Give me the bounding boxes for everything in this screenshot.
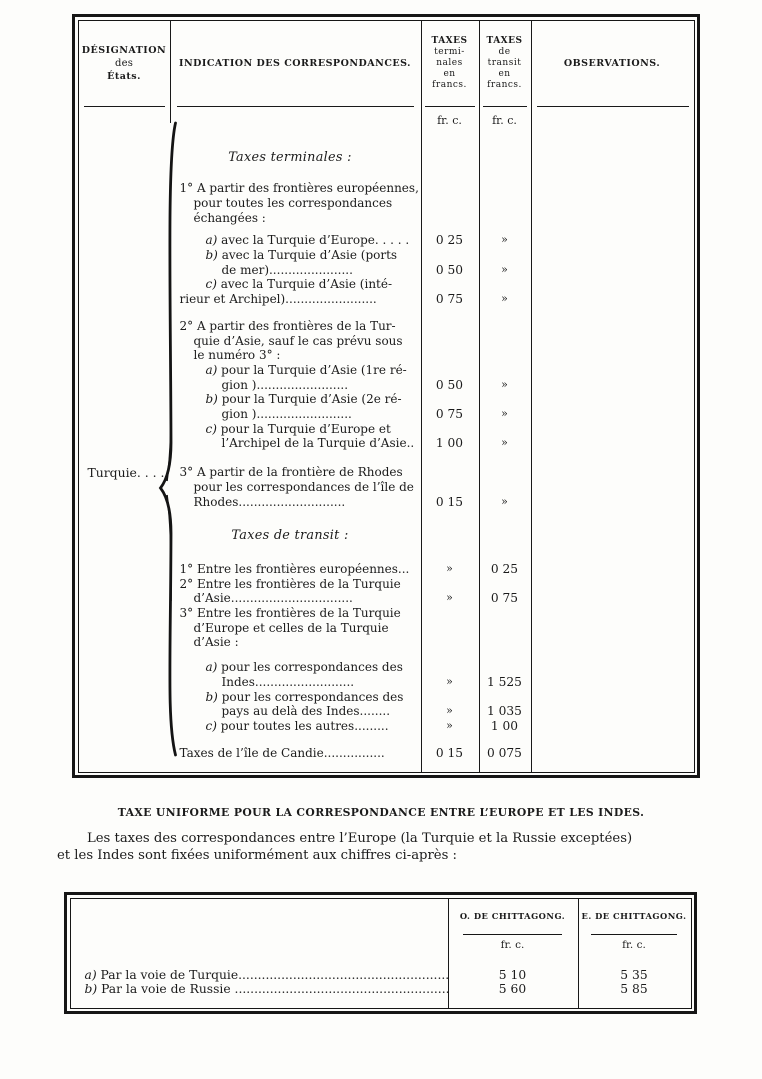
row-label-line: a) pour la Turquie d’Asie (1re ré- (180, 363, 421, 378)
header-line: nales (436, 58, 463, 69)
terminal-tax-value: » (421, 690, 479, 719)
lower-table-inner: a) Par la voie de Turquie...............… (70, 898, 692, 1009)
header-rule (463, 934, 562, 935)
row-label-line: Rhodes............................ (180, 495, 421, 510)
row-label-line: rieur et Archipel)......................… (180, 292, 421, 307)
column-header: O. DE CHITTAGONG. (460, 911, 565, 921)
tax-value: 5 60 (499, 982, 526, 996)
scanned-document-page: DÉSIGNATION des États. INDICATION DES CO… (0, 0, 762, 1079)
terminal-tax-value: » (421, 660, 479, 689)
transit-tax-value: 0 075 (479, 746, 531, 761)
east-of-chittagong-column: E. DE CHITTAGONG. fr. c. 5 35 5 85 (578, 899, 691, 1008)
transit-tax-value: 1 525 (479, 660, 531, 689)
table-row: a) pour la Turquie d’Asie (1re ré- gion … (79, 363, 694, 392)
header-line: francs. (487, 80, 522, 91)
row-label-line: de mer)...................... (180, 263, 421, 278)
row-label-line: échangées : (180, 211, 421, 226)
row-label-line: l’Archipel de la Turquie d’Asie.. (180, 436, 421, 451)
tax-value: 5 85 (620, 982, 647, 996)
tax-value: 5 10 (499, 968, 526, 982)
header-rule (177, 106, 414, 107)
terminal-tax-value: » (421, 577, 479, 606)
west-of-chittagong-column: O. DE CHITTAGONG. fr. c. 5 10 5 60 (448, 899, 578, 1008)
table-row: Taxes terminales : (79, 151, 694, 166)
row-label-line: d’Asie : (180, 635, 421, 650)
table-row: c) pour toutes les autres......... » 1 0… (79, 719, 694, 734)
table-row: 3° Entre les frontières de la Turquie d’… (79, 606, 694, 650)
row-label-line: pour les correspondances de l’île de (180, 480, 421, 495)
header-line: en (443, 69, 455, 80)
table-row: a) pour les correspondances des Indes...… (79, 660, 694, 689)
transit-tax-value: » (479, 233, 531, 248)
row-label-line: c) pour toutes les autres......... (180, 719, 421, 734)
row-label-line: a) pour les correspondances des (180, 660, 421, 675)
terminal-tax-value: 0 15 (421, 746, 479, 761)
transit-tax-value: » (479, 422, 531, 451)
header-taxes-transit: TAXES de transit en francs. (479, 21, 531, 106)
table-row: a) avec la Turquie d’Europe. . . . . 0 2… (79, 233, 694, 248)
row-label-line: a) avec la Turquie d’Europe. . . . . (180, 233, 421, 248)
header-rule (537, 106, 689, 107)
row-label-line: c) pour la Turquie d’Europe et (180, 422, 421, 437)
unit-label-transit: fr. c. (479, 114, 531, 127)
header-line: francs. (432, 80, 467, 91)
header-designation: DÉSIGNATION des États. (79, 21, 170, 106)
terminal-tax-value: 0 25 (421, 233, 479, 248)
tax-value: 5 35 (620, 968, 647, 982)
row-label-line: gion )......................... (180, 407, 421, 422)
transit-tax-value: » (479, 465, 531, 509)
header-line: termi- (434, 47, 465, 58)
row-label-line: c) avec la Turquie d’Asie (inté- (180, 277, 421, 292)
unit-label: fr. c. (622, 939, 646, 951)
transit-tax-value: 0 75 (479, 577, 531, 606)
table-row: 1° Entre les frontières européennes... »… (79, 562, 694, 577)
lower-table-grid: a) Par la voie de Turquie...............… (71, 899, 691, 1008)
transit-tax-value: 1 035 (479, 690, 531, 719)
transit-tax-value: 0 25 (479, 562, 531, 577)
section-heading: Taxes de transit : (180, 529, 421, 544)
row-label-line: 3° A partir de la frontière de Rhodes (180, 465, 421, 480)
table-row: Turquie. . . . 3° A partir de la frontiè… (79, 465, 694, 509)
row-label-line: 2° A partir des frontières de la Tur- (180, 319, 421, 334)
row-label-line: d’Europe et celles de la Turquie (180, 621, 421, 636)
table-row: Taxes de transit : (79, 529, 694, 544)
row-label-line: b) pour les correspondances des (180, 690, 421, 705)
terminal-tax-value: 0 75 (421, 392, 479, 421)
uniform-tax-table: a) Par la voie de Turquie...............… (64, 892, 697, 1014)
header-line: OBSERVATIONS. (564, 57, 660, 70)
header-line: DÉSIGNATION (82, 44, 166, 57)
header-line: TAXES (486, 36, 522, 47)
terminal-tax-value: 0 50 (421, 248, 479, 277)
table-row: b) pour les correspondances des pays au … (79, 690, 694, 719)
route-label-column: a) Par la voie de Turquie...............… (71, 899, 448, 1008)
transit-tax-value: » (479, 248, 531, 277)
table-row: b) Par la voie de Russie ...............… (85, 982, 448, 996)
header-line: INDICATION DES CORRESPONDANCES. (179, 57, 411, 70)
table-row: b) pour la Turquie d’Asie (2e ré- gion )… (79, 392, 694, 421)
row-label-line: gion )........................ (180, 378, 421, 393)
transit-tax-value: 1 00 (479, 719, 531, 734)
header-line: de (498, 47, 510, 58)
header-line: en (498, 69, 510, 80)
terminal-tax-value: 1 00 (421, 422, 479, 451)
header-line: des (115, 57, 133, 70)
row-label-line: b) avec la Turquie d’Asie (ports (180, 248, 421, 263)
row-label-line: 1° Entre les frontières européennes... (180, 562, 421, 577)
row-label-line: pays au delà des Indes........ (180, 704, 421, 719)
transit-tax-value: » (479, 363, 531, 392)
unit-label-terminal: fr. c. (421, 114, 479, 127)
header-line: transit (488, 58, 522, 69)
header-rule (425, 106, 475, 107)
section-paragraph: Les taxes des correspondances entre l’Eu… (57, 831, 709, 864)
table-row: Taxes de l’île de Candie................… (79, 746, 694, 761)
header-rule (84, 106, 165, 107)
transit-tax-value: » (479, 277, 531, 306)
terminal-tax-value: » (421, 719, 479, 734)
section-heading: Taxes terminales : (180, 151, 421, 166)
unit-label: fr. c. (501, 939, 525, 951)
header-indication: INDICATION DES CORRESPONDANCES. (170, 21, 421, 106)
table-row: a) Par la voie de Turquie...............… (85, 968, 448, 982)
main-tax-table: DÉSIGNATION des États. INDICATION DES CO… (72, 14, 700, 778)
row-label-line: b) pour la Turquie d’Asie (2e ré- (180, 392, 421, 407)
main-table-inner: DÉSIGNATION des États. INDICATION DES CO… (78, 20, 695, 773)
table-row: 2° A partir des frontières de la Tur- qu… (79, 319, 694, 363)
table-row: c) avec la Turquie d’Asie (inté- rieur e… (79, 277, 694, 306)
row-label-line: Indes.......................... (180, 675, 421, 690)
column-header: E. DE CHITTAGONG. (582, 911, 687, 921)
transit-tax-value: » (479, 392, 531, 421)
row-label-line: 1° A partir des frontières européennes, (180, 181, 421, 196)
header-line: États. (107, 70, 141, 83)
section-title: TAXE UNIFORME POUR LA CORRESPONDANCE ENT… (0, 806, 762, 819)
table-row: c) pour la Turquie d’Europe et l’Archipe… (79, 422, 694, 451)
row-label-line: d’Asie................................ (180, 591, 421, 606)
terminal-tax-value: 0 50 (421, 363, 479, 392)
terminal-tax-value: » (421, 562, 479, 577)
table-row: 1° A partir des frontières européennes, … (79, 181, 694, 225)
row-label-line: pour toutes les correspondances (180, 196, 421, 211)
table-body: Taxes terminales : 1° A partir des front… (79, 139, 694, 772)
row-label-line: 3° Entre les frontières de la Turquie (180, 606, 421, 621)
terminal-tax-value: 0 75 (421, 277, 479, 306)
header-taxes-terminales: TAXES termi- nales en francs. (421, 21, 479, 106)
terminal-tax-value: 0 15 (421, 465, 479, 509)
row-label-line: 2° Entre les frontières de la Turquie (180, 577, 421, 592)
table-row: b) avec la Turquie d’Asie (ports de mer)… (79, 248, 694, 277)
header-rule (483, 106, 527, 107)
header-rule (591, 934, 677, 935)
row-label-line: Taxes de l’île de Candie................ (180, 746, 421, 761)
table-row: 2° Entre les frontières de la Turquie d’… (79, 577, 694, 606)
header-line: TAXES (431, 36, 467, 47)
row-label-line: quie d’Asie, sauf le cas prévu sous (180, 334, 421, 349)
header-observations: OBSERVATIONS. (531, 21, 694, 106)
state-designation: Turquie. . . . (88, 465, 165, 480)
row-label-line: le numéro 3° : (180, 348, 421, 363)
